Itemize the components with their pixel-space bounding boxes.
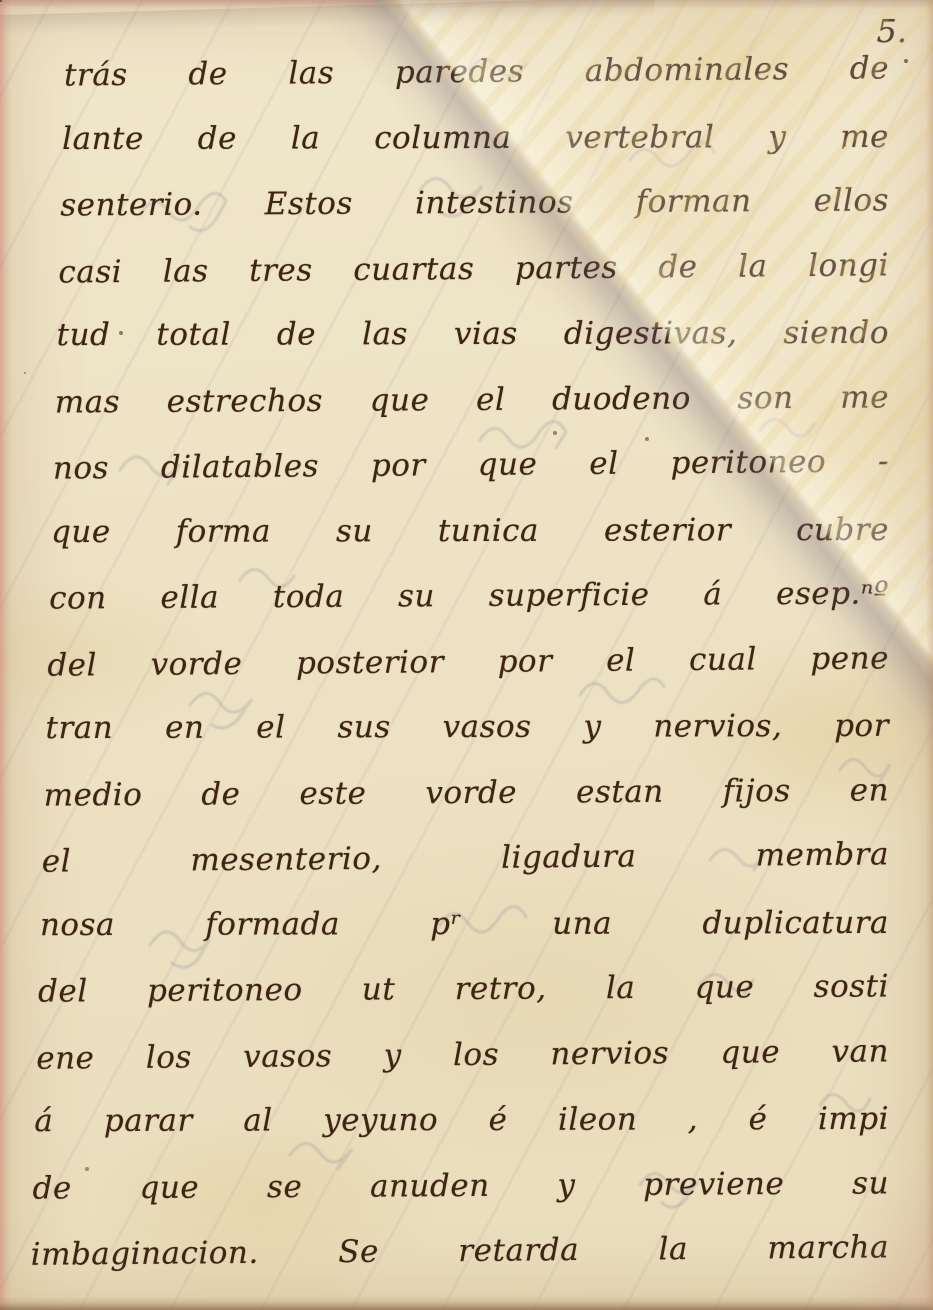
top-edge-crease bbox=[0, 0, 655, 35]
manuscript-line: lante de la columna vertebral y me bbox=[0, 104, 933, 172]
ink-specks bbox=[0, 0, 2, 2]
manuscript-line: á parar al yeyuno é ileon , é impi bbox=[0, 1087, 933, 1155]
manuscript-line: nos dilatables por que el peritoneo - bbox=[0, 429, 933, 503]
manuscript-text: trás de las paredes abdominales delante … bbox=[0, 40, 933, 1285]
showthrough-scrawl bbox=[0, 0, 933, 1310]
page-edge-top bbox=[0, 0, 933, 9]
manuscript-line: medio de este vorde estan fijos en bbox=[0, 758, 933, 829]
page-number: 5. bbox=[876, 12, 907, 50]
manuscript-line: el mesenterio, ligadura membra bbox=[0, 822, 933, 896]
page-edge-right bbox=[926, 0, 933, 1310]
showthrough-scrawl-layer bbox=[0, 0, 933, 1310]
manuscript-line: del peritoneo ut retro, la que sosti bbox=[0, 954, 933, 1025]
manuscript-line: tud total de las vias digestivas, siendo bbox=[0, 301, 933, 369]
manuscript-line: que forma su tunica esterior cubre bbox=[0, 497, 933, 565]
manuscript-line: de que se anuden y previene su bbox=[0, 1151, 933, 1222]
showthrough-hatch-layer bbox=[0, 0, 933, 1310]
manuscript-line: trás de las paredes abdominales de bbox=[0, 36, 933, 110]
diagonal-fold-crease bbox=[0, 0, 933, 1310]
manuscript-line: ene los vasos y los nervios que van bbox=[0, 1018, 933, 1092]
manuscript-line: con ella toda su superficie á esep.ⁿº bbox=[0, 561, 933, 632]
page-edge-bottom bbox=[0, 1297, 933, 1310]
manuscript-line: mas estrechos que el duodeno son me bbox=[0, 365, 933, 436]
page-corner-bottom-right bbox=[753, 1050, 933, 1310]
manuscript-line: imbaginacion. Se retarda la marcha bbox=[0, 1215, 933, 1289]
page-edge-left bbox=[0, 0, 11, 1310]
manuscript-page: trás de las paredes abdominales delante … bbox=[0, 0, 933, 1310]
manuscript-line: senterio. Estos intestinos forman ellos bbox=[0, 168, 933, 239]
fold-corner-streaks bbox=[0, 0, 933, 1310]
manuscript-line: tran en el sus vasos y nervios, por bbox=[0, 694, 933, 762]
page-edge-top-tint bbox=[0, 0, 373, 7]
manuscript-line: nosa formada pʳ una duplicatura bbox=[0, 890, 933, 958]
manuscript-line: del vorde posterior por el cual pene bbox=[0, 625, 933, 699]
manuscript-line: casi las tres cuartas partes de la longi bbox=[0, 232, 933, 306]
